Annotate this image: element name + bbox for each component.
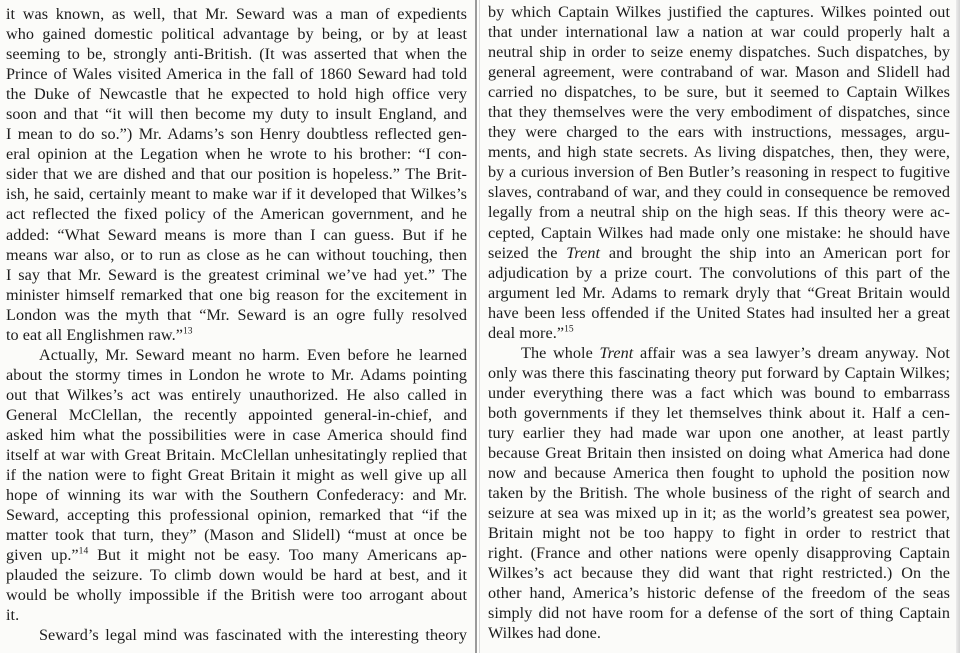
line-text: neutral ship in order to seize enemy dis… bbox=[488, 43, 950, 61]
text-line: I say that Mr. Seward is the greatest cr… bbox=[6, 265, 467, 285]
left-page: it was known, as well, that Mr. Seward w… bbox=[0, 0, 477, 653]
text-line: now and because America then fought to u… bbox=[488, 463, 950, 483]
line-text: to eat all Englishmen raw.” bbox=[6, 326, 183, 344]
text-line: Actually, Mr. Seward meant no harm. Even… bbox=[6, 345, 467, 365]
line-text: asked him what the possibilities were in… bbox=[6, 426, 467, 444]
line-text: they were charged to the ears with instr… bbox=[488, 123, 950, 141]
text-line: about the stormy times in London he wrot… bbox=[6, 365, 467, 385]
line-text: only was there this fascinating theory p… bbox=[488, 364, 950, 382]
line-text: Wilkes’s act because they did want that … bbox=[488, 564, 950, 582]
text-line: would be wholly impossible if the Britis… bbox=[6, 585, 467, 605]
line-text: if the nation were to fight Great Britai… bbox=[6, 466, 467, 484]
line-text: Seward’s legal mind was fascinated with … bbox=[39, 626, 467, 644]
text-line: tury earlier they had made war upon one … bbox=[488, 423, 950, 443]
text-line: sider that we are dished and that our po… bbox=[6, 164, 467, 184]
text-line: given up.”14 But it might not be easy. T… bbox=[6, 545, 467, 565]
text-line: it was known, as well, that Mr. Seward w… bbox=[6, 4, 467, 24]
text-line: matter took that turn, they” (Mason and … bbox=[6, 525, 467, 545]
text-line: The whole Trent affair was a sea lawyer’… bbox=[488, 343, 950, 363]
line-text-continued: But it might not be easy. Too many Ameri… bbox=[88, 546, 467, 564]
text-line: legally from a neutral ship on the high … bbox=[488, 202, 950, 222]
line-text: simply did not have room for a defense o… bbox=[488, 604, 950, 622]
text-line: minister himself remarked that one big r… bbox=[6, 285, 467, 305]
text-line: ments, and high state secrets. As living… bbox=[488, 142, 950, 162]
line-text: itself at war with Great Britain. McClel… bbox=[6, 446, 467, 464]
text-line: act reflected the fixed policy of the Am… bbox=[6, 204, 467, 224]
line-text: Wilkes had done. bbox=[488, 624, 601, 642]
footnote-marker: 14 bbox=[79, 547, 89, 557]
line-text: eral opinion at the Legation when he wro… bbox=[6, 145, 467, 163]
text-line: I mean to do so.”) Mr. Adams’s son Henry… bbox=[6, 124, 467, 144]
text-line: soon and that “it will then become my du… bbox=[6, 104, 467, 124]
text-line: they were charged to the ears with instr… bbox=[488, 122, 950, 142]
line-text: matter took that turn, they” (Mason and … bbox=[6, 526, 467, 544]
text-line: the Duke of Newcastle that he expected t… bbox=[6, 84, 467, 104]
line-text: general agreement, were contraband of wa… bbox=[488, 63, 950, 81]
text-line: means war also, or to run as close as he… bbox=[6, 245, 467, 265]
footnote-marker: 15 bbox=[564, 324, 574, 334]
line-text: The whole bbox=[521, 344, 600, 362]
line-text: soon and that “it will then become my du… bbox=[6, 105, 467, 123]
text-line: out that Wilkes’s act was entirely unaut… bbox=[6, 385, 467, 405]
text-line: have been less offended if the United St… bbox=[488, 303, 950, 323]
line-text: added: “What Seward means is more than I… bbox=[6, 226, 467, 244]
text-line: Britain might not be too happy to fight … bbox=[488, 523, 950, 543]
line-text: means war also, or to run as close as he… bbox=[6, 246, 467, 264]
line-text: would be wholly impossible if the Britis… bbox=[6, 586, 467, 604]
footnote-marker: 13 bbox=[183, 326, 193, 336]
line-text: Britain might not be too happy to fight … bbox=[488, 524, 950, 542]
text-line: right. (France and other nations were op… bbox=[488, 543, 950, 563]
text-line: itself at war with Great Britain. McClel… bbox=[6, 445, 467, 465]
text-line: Wilkes had done. bbox=[488, 623, 950, 643]
line-text: London was the myth that “Mr. Seward is … bbox=[6, 306, 467, 324]
page-edge-shadow bbox=[956, 0, 960, 653]
line-text: it was known, as well, that Mr. Seward w… bbox=[6, 5, 467, 23]
line-text: Actually, Mr. Seward meant no harm. Even… bbox=[39, 346, 467, 364]
text-line: under everything there was a fact which … bbox=[488, 383, 950, 403]
text-line: taken by the British. The whole business… bbox=[488, 483, 950, 503]
line-text: by a curious inversion of Ben Butler’s r… bbox=[488, 163, 950, 181]
text-line: deal more.”15 bbox=[488, 323, 950, 343]
text-line: eral opinion at the Legation when he wro… bbox=[6, 144, 467, 164]
text-line: Prince of Wales visited America in the f… bbox=[6, 64, 467, 84]
text-line: slaves, contraband of war, and they coul… bbox=[488, 182, 950, 202]
line-text: I say that Mr. Seward is the greatest cr… bbox=[6, 266, 467, 284]
line-text: I mean to do so.”) Mr. Adams’s son Henry… bbox=[6, 125, 467, 143]
text-line: by which Captain Wilkes justified the ca… bbox=[488, 2, 950, 22]
line-text: slaves, contraband of war, and they coul… bbox=[488, 183, 950, 201]
text-line: seizure at sea was mixed up in it; as th… bbox=[488, 503, 950, 523]
line-text: adjudication by a prize court. The convo… bbox=[488, 264, 950, 282]
line-text: deal more.” bbox=[488, 324, 564, 342]
text-line: both governments if they let themselves … bbox=[488, 403, 950, 423]
text-line: Wilkes’s act because they did want that … bbox=[488, 563, 950, 583]
line-text: hope of winning its war with the Souther… bbox=[6, 486, 467, 504]
line-text: that they themselves were the very embod… bbox=[488, 103, 950, 121]
text-line: neutral ship in order to seize enemy dis… bbox=[488, 42, 950, 62]
text-line: who gained domestic political advantage … bbox=[6, 24, 467, 44]
right-page: by which Captain Wilkes justified the ca… bbox=[479, 0, 960, 653]
text-line: plauded the seizure. To climb down would… bbox=[6, 565, 467, 585]
ship-name-italic: Trent bbox=[566, 244, 600, 262]
line-text: that under international law a nation at… bbox=[488, 23, 950, 41]
line-text: who gained domestic political advantage … bbox=[6, 25, 467, 43]
line-text-continued: affair was a sea lawyer’s dream anyway. … bbox=[633, 344, 950, 362]
line-text: both governments if they let themselves … bbox=[488, 404, 950, 422]
line-text: tury earlier they had made war upon one … bbox=[488, 424, 950, 442]
line-text: argument led Mr. Adams to remark dryly t… bbox=[488, 284, 950, 302]
line-text: it. bbox=[6, 606, 19, 624]
text-line: hope of winning its war with the Souther… bbox=[6, 485, 467, 505]
text-line: to eat all Englishmen raw.”13 bbox=[6, 325, 467, 345]
line-text-continued: and brought the ship into an American po… bbox=[600, 244, 950, 262]
text-line: seized the Trent and brought the ship in… bbox=[488, 243, 950, 263]
text-line: by a curious inversion of Ben Butler’s r… bbox=[488, 162, 950, 182]
text-line: Seward, accepting this professional opin… bbox=[6, 505, 467, 525]
line-text: Prince of Wales visited America in the f… bbox=[6, 65, 467, 83]
line-text: right. (France and other nations were op… bbox=[488, 544, 950, 562]
text-line: it. bbox=[6, 605, 467, 625]
text-line: if the nation were to fight Great Britai… bbox=[6, 465, 467, 485]
line-text: legally from a neutral ship on the high … bbox=[488, 203, 950, 221]
line-text: seeming to be, strongly anti-British. (I… bbox=[6, 45, 467, 63]
line-text: ments, and high state secrets. As living… bbox=[488, 143, 950, 161]
line-text: seized the bbox=[488, 244, 566, 262]
line-text: plauded the seizure. To climb down would… bbox=[6, 566, 467, 584]
text-line: cepted, Captain Wilkes had made only one… bbox=[488, 223, 950, 243]
line-text: ish, he said, certainly meant to make wa… bbox=[6, 185, 467, 203]
text-line: only was there this fascinating theory p… bbox=[488, 363, 950, 383]
text-line: seeming to be, strongly anti-British. (I… bbox=[6, 44, 467, 64]
text-line: argument led Mr. Adams to remark dryly t… bbox=[488, 283, 950, 303]
text-line: General McClellan, the recently appointe… bbox=[6, 405, 467, 425]
text-line: asked him what the possibilities were in… bbox=[6, 425, 467, 445]
text-line: simply did not have room for a defense o… bbox=[488, 603, 950, 623]
line-text: seizure at sea was mixed up in it; as th… bbox=[488, 504, 950, 522]
line-text: now and because America then fought to u… bbox=[488, 464, 950, 482]
text-line: other hand, America’s historic defense o… bbox=[488, 583, 950, 603]
text-line: London was the myth that “Mr. Seward is … bbox=[6, 305, 467, 325]
line-text: have been less offended if the United St… bbox=[488, 304, 950, 322]
ship-name-italic: Trent bbox=[600, 344, 634, 362]
line-text: because Great Britain then insisted on d… bbox=[488, 444, 950, 462]
line-text: carried no dispatches, to be sure, but i… bbox=[488, 83, 950, 101]
line-text: minister himself remarked that one big r… bbox=[6, 286, 467, 304]
line-text: under everything there was a fact which … bbox=[488, 384, 950, 402]
line-text: cepted, Captain Wilkes had made only one… bbox=[488, 224, 950, 242]
line-text: about the stormy times in London he wrot… bbox=[6, 366, 467, 384]
line-text: given up.” bbox=[6, 546, 79, 564]
line-text: the Duke of Newcastle that he expected t… bbox=[6, 85, 467, 103]
line-text: other hand, America’s historic defense o… bbox=[488, 584, 950, 602]
text-line: because Great Britain then insisted on d… bbox=[488, 443, 950, 463]
line-text: act reflected the fixed policy of the Am… bbox=[6, 205, 467, 223]
text-line: Seward’s legal mind was fascinated with … bbox=[6, 625, 467, 645]
text-line: that under international law a nation at… bbox=[488, 22, 950, 42]
line-text: taken by the British. The whole business… bbox=[488, 484, 950, 502]
text-line: that they themselves were the very embod… bbox=[488, 102, 950, 122]
text-line: general agreement, were contraband of wa… bbox=[488, 62, 950, 82]
text-line: ish, he said, certainly meant to make wa… bbox=[6, 184, 467, 204]
text-line: carried no dispatches, to be sure, but i… bbox=[488, 82, 950, 102]
line-text: sider that we are dished and that our po… bbox=[6, 165, 467, 183]
line-text: Seward, accepting this professional opin… bbox=[6, 506, 467, 524]
line-text: out that Wilkes’s act was entirely unaut… bbox=[6, 386, 467, 404]
text-line: added: “What Seward means is more than I… bbox=[6, 225, 467, 245]
line-text: by which Captain Wilkes justified the ca… bbox=[488, 3, 950, 21]
line-text: General McClellan, the recently appointe… bbox=[6, 406, 467, 424]
text-line: adjudication by a prize court. The convo… bbox=[488, 263, 950, 283]
